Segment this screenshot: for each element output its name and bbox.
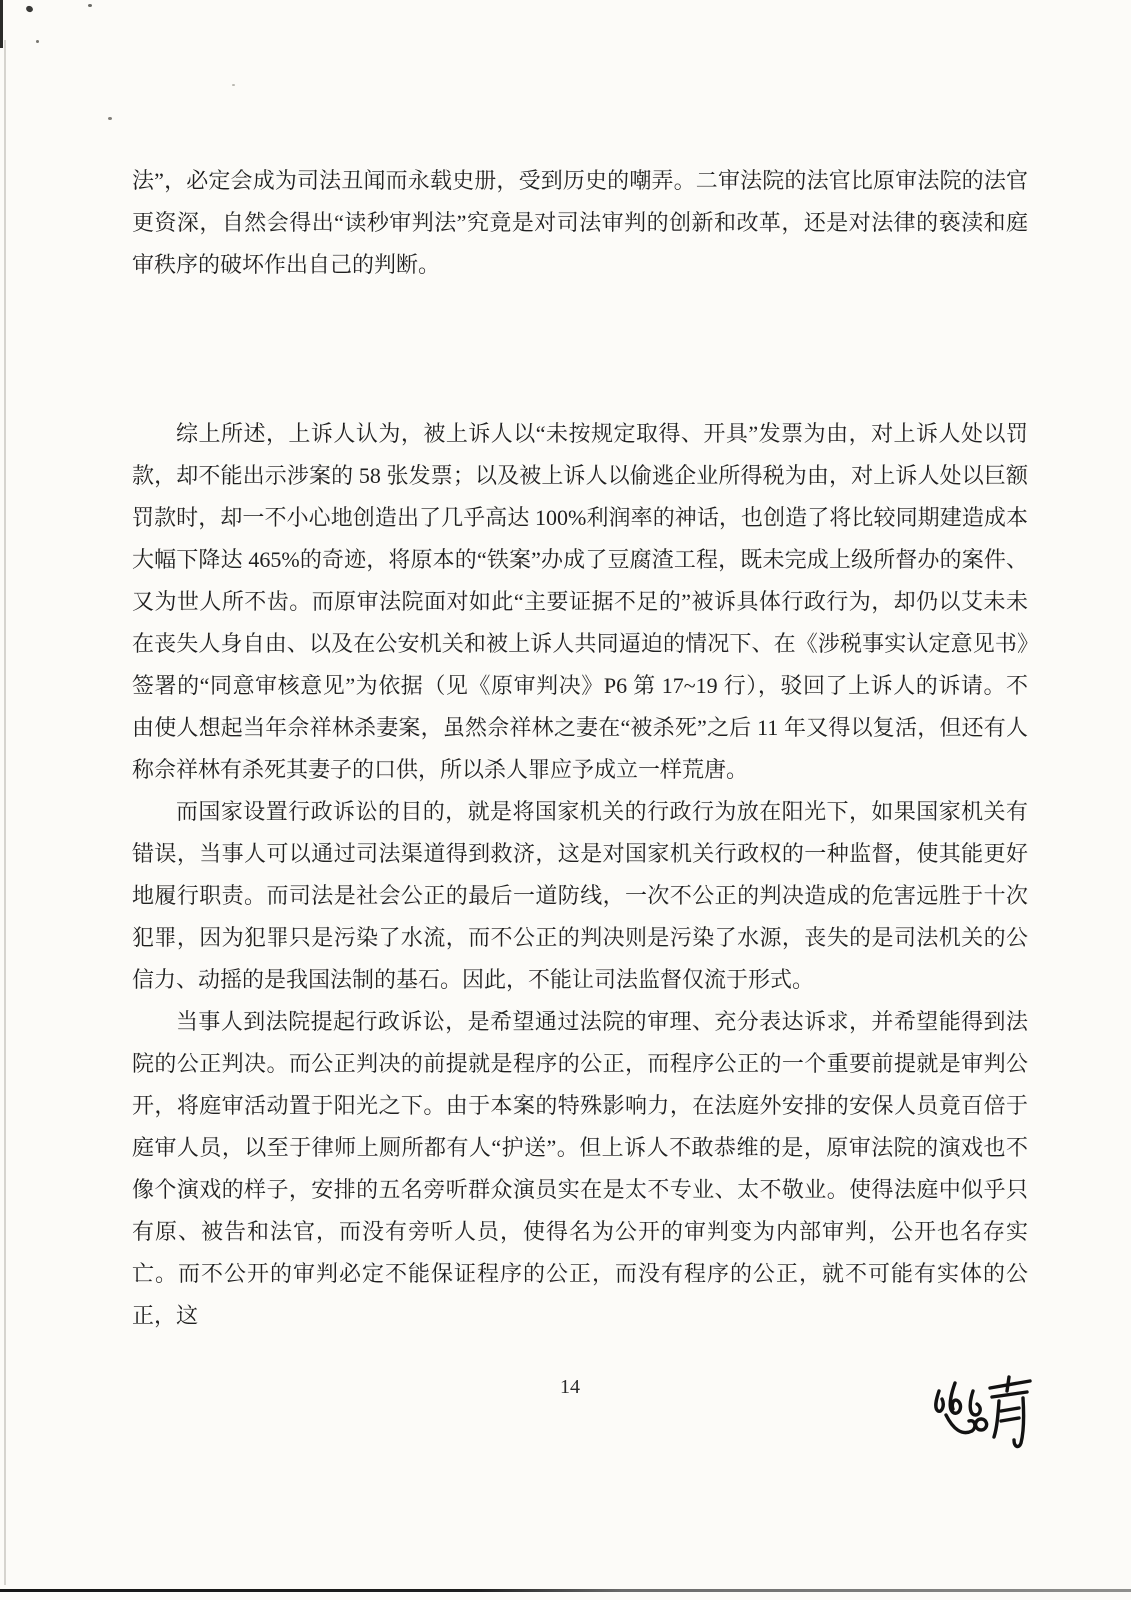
page-number: 14 <box>540 1375 600 1399</box>
scanned-document-page: 法”，必定会成为司法丑闻而永载史册，受到历史的嘲弄。二审法院的法官比原审法院的法… <box>0 0 1131 1600</box>
paragraph-continuation: 法”，必定会成为司法丑闻而永载史册，受到历史的嘲弄。二审法院的法官比原审法院的法… <box>132 160 1028 286</box>
scan-speck <box>25 5 34 13</box>
scan-speck <box>108 117 112 120</box>
paragraph-open-trial: 当事人到法院提起行政诉讼，是希望通过法院的审理、充分表达诉求，并希望能得到法院的… <box>132 1001 1028 1337</box>
handwritten-signature <box>926 1370 1042 1456</box>
scan-edge-bottom-line <box>0 1589 1131 1592</box>
paragraph-summary: 综上所述，上诉人认为，被上诉人以“未按规定取得、开具”发票为由，对上诉人处以罚款… <box>132 413 1028 791</box>
scan-edge-left-dark <box>0 0 3 48</box>
scan-speck <box>232 84 235 86</box>
scan-speck <box>36 40 39 43</box>
scan-speck <box>88 4 92 7</box>
paragraph-admin-litigation: 而国家设置行政诉讼的目的，就是将国家机关的行政行为放在阳光下，如果国家机关有错误… <box>132 791 1028 1001</box>
body-text: 法”，必定会成为司法丑闻而永载史册，受到历史的嘲弄。二审法院的法官比原审法院的法… <box>132 160 1028 1337</box>
scan-edge-left-seam <box>4 40 6 1585</box>
